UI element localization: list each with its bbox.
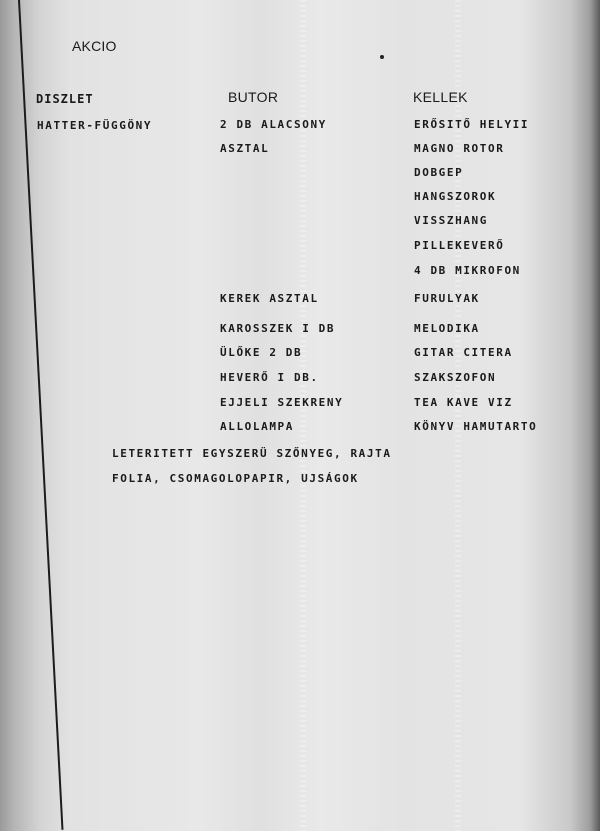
kellek-item: VISSZHANG	[414, 214, 488, 227]
footer-line: LETERITETT EGYSZERÜ SZŐNYEG, RAJTA	[112, 447, 392, 460]
document-title: AKCIO	[72, 38, 117, 54]
butor-item: ÜLŐKE 2 DB	[220, 346, 302, 359]
header-kellek: KELLEK	[413, 89, 468, 105]
scanned-document-page: AKCIO DISZLET BUTOR KELLEK HATTER-FÜGGÖN…	[0, 0, 600, 831]
kellek-item: MAGNO ROTOR	[414, 142, 504, 155]
header-diszlet: DISZLET	[36, 92, 94, 106]
kellek-item: 4 DB MIKROFON	[414, 264, 521, 277]
kellek-item: SZAKSZOFON	[414, 371, 496, 384]
kellek-item: ERŐSITŐ HELYII	[414, 118, 529, 131]
butor-item: KAROSSZEK I DB	[220, 322, 335, 335]
kellek-item: PILLEKEVERŐ	[414, 239, 504, 252]
kellek-item: TEA KAVE VIZ	[414, 396, 513, 409]
kellek-item: FURULYAK	[414, 292, 480, 305]
butor-item: HEVERŐ I DB.	[220, 371, 319, 384]
butor-item: 2 DB ALACSONY	[220, 118, 327, 131]
ink-spot	[380, 55, 384, 59]
butor-item: KEREK ASZTAL	[220, 292, 319, 305]
kellek-item: KÖNYV HAMUTARTO	[414, 420, 537, 433]
kellek-item: DOBGEP	[414, 166, 463, 179]
kellek-item: HANGSZOROK	[414, 190, 496, 203]
kellek-item: GITAR CITERA	[414, 346, 513, 359]
kellek-item: MELODIKA	[414, 322, 480, 335]
header-butor: BUTOR	[228, 89, 278, 105]
butor-item: ASZTAL	[220, 142, 269, 155]
butor-item: ALLOLAMPA	[220, 420, 294, 433]
butor-item: EJJELI SZEKRENY	[220, 396, 343, 409]
footer-line: FOLIA, CSOMAGOLOPAPIR, UJSÁGOK	[112, 472, 359, 485]
diszlet-item: HATTER-FÜGGÖNY	[37, 119, 152, 132]
